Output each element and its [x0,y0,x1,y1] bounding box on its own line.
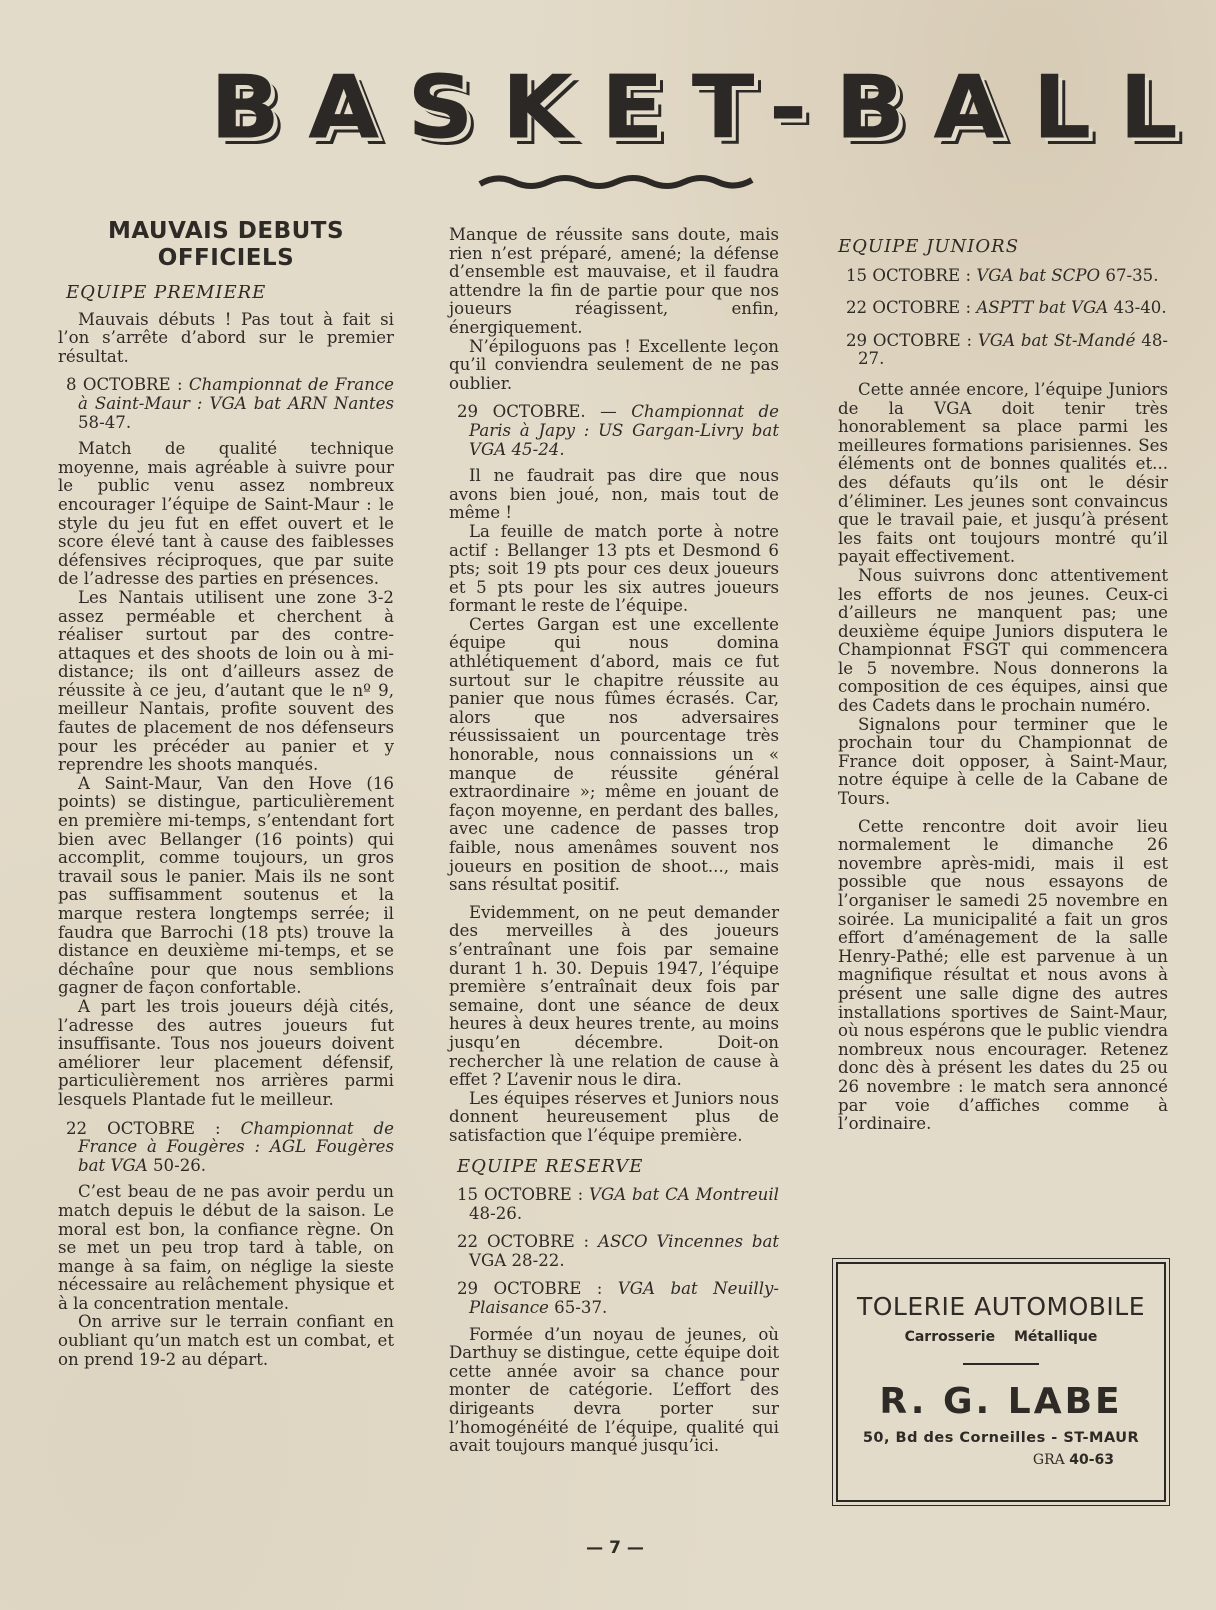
paragraph: La feuille de match porte à notre actif … [449,523,779,616]
paragraph: Signalons pour terminer que le prochain … [838,716,1168,809]
ad-title: TOLERIE AUTOMOBILE [838,1292,1164,1321]
ad-subtitle: Carrosserie Métallique [838,1329,1164,1345]
match-result: 22 OCTOBRE : Championnat de France à Fou… [58,1120,394,1176]
section-head-equipe-premiere: EQUIPE PREMIERE [66,284,394,303]
paragraph: Manque de réussite sans doute, mais rien… [449,226,779,338]
ad-business-name: R. G. LABE [838,1381,1164,1422]
paragraph: N’épiloguons pas ! Excellente leçon qu’i… [449,338,779,394]
paragraph: A Saint-Maur, Van den Hove (16 points) s… [58,775,394,998]
match-result: 22 OCTOBRE : ASPTT bat VGA 43-40. [838,299,1168,318]
paragraph: Evidemment, on ne peut demander des merv… [449,904,779,1090]
ad-phone: GRA 40-63 [838,1452,1164,1468]
match-result: 29 OCTOBRE : VGA bat St-Mandé 48-27. [838,332,1168,369]
paragraph: A part les trois joueurs déjà cités, l’a… [58,998,394,1110]
paragraph: On arrive sur le terrain confiant en oub… [58,1313,394,1369]
middle-column: Manque de réussite sans doute, mais rien… [449,226,779,1456]
paragraph: Cette rencontre doit avoir lieu normalem… [838,818,1168,1134]
right-column: EQUIPE JUNIORS 15 OCTOBRE : VGA bat SCPO… [838,232,1168,1134]
paragraph: Formée d’un noyau de jeunes, où Darthuy … [449,1326,779,1456]
page-number: — 7 — [560,1538,670,1558]
wave-ornament-icon [478,172,754,192]
section-head-equipe-reserve: EQUIPE RESERVE [457,1158,779,1177]
paragraph: Nous suivrons donc attentivement les eff… [838,567,1168,716]
paragraph: Les Nantais utilisent une zone 3-2 assez… [58,589,394,775]
match-result: 29 OCTOBRE. — Championnat de Paris à Jap… [449,403,779,459]
section-head-equipe-juniors: EQUIPE JUNIORS [838,238,1168,257]
match-result: 29 OCTOBRE : VGA bat Neuilly-Plaisance 6… [449,1280,779,1317]
advertisement-box: TOLERIE AUTOMOBILE Carrosserie Métalliqu… [836,1262,1166,1502]
masthead: BASKET-BALL [210,58,1010,158]
ad-address: 50, Bd des Corneilles - ST-MAUR [838,1430,1164,1446]
match-result: 15 OCTOBRE : VGA bat CA Montreuil 48-26. [449,1186,779,1223]
paragraph: Il ne faudrait pas dire que nous avons b… [449,467,779,523]
match-result: 22 OCTOBRE : ASCO Vincennes bat VGA 28-2… [449,1233,779,1270]
left-column: MAUVAIS DEBUTS OFFICIELS EQUIPE PREMIERE… [58,212,394,1369]
paragraph: C’est beau de ne pas avoir perdu un matc… [58,1183,394,1313]
intro-paragraph: Mauvais débuts ! Pas tout à fait si l’on… [58,311,394,367]
paragraph: Match de qualité technique moyenne, mais… [58,440,394,589]
article-title: MAUVAIS DEBUTS OFFICIELS [58,218,394,272]
paragraph: Les équipes réserves et Juniors nous don… [449,1090,779,1146]
paragraph: Certes Gargan est une excellente équipe … [449,616,779,895]
match-result: 15 OCTOBRE : VGA bat SCPO 67-35. [838,267,1168,286]
paragraph: Cette année encore, l’équipe Juniors de … [838,381,1168,567]
magazine-page: BASKET-BALL MAUVAIS DEBUTS OFFICIELS EQU… [0,0,1216,1610]
masthead-title: BASKET-BALL [210,61,1010,156]
match-result: 8 OCTOBRE : Championnat de France à Sain… [58,376,394,432]
ad-divider [963,1363,1039,1365]
